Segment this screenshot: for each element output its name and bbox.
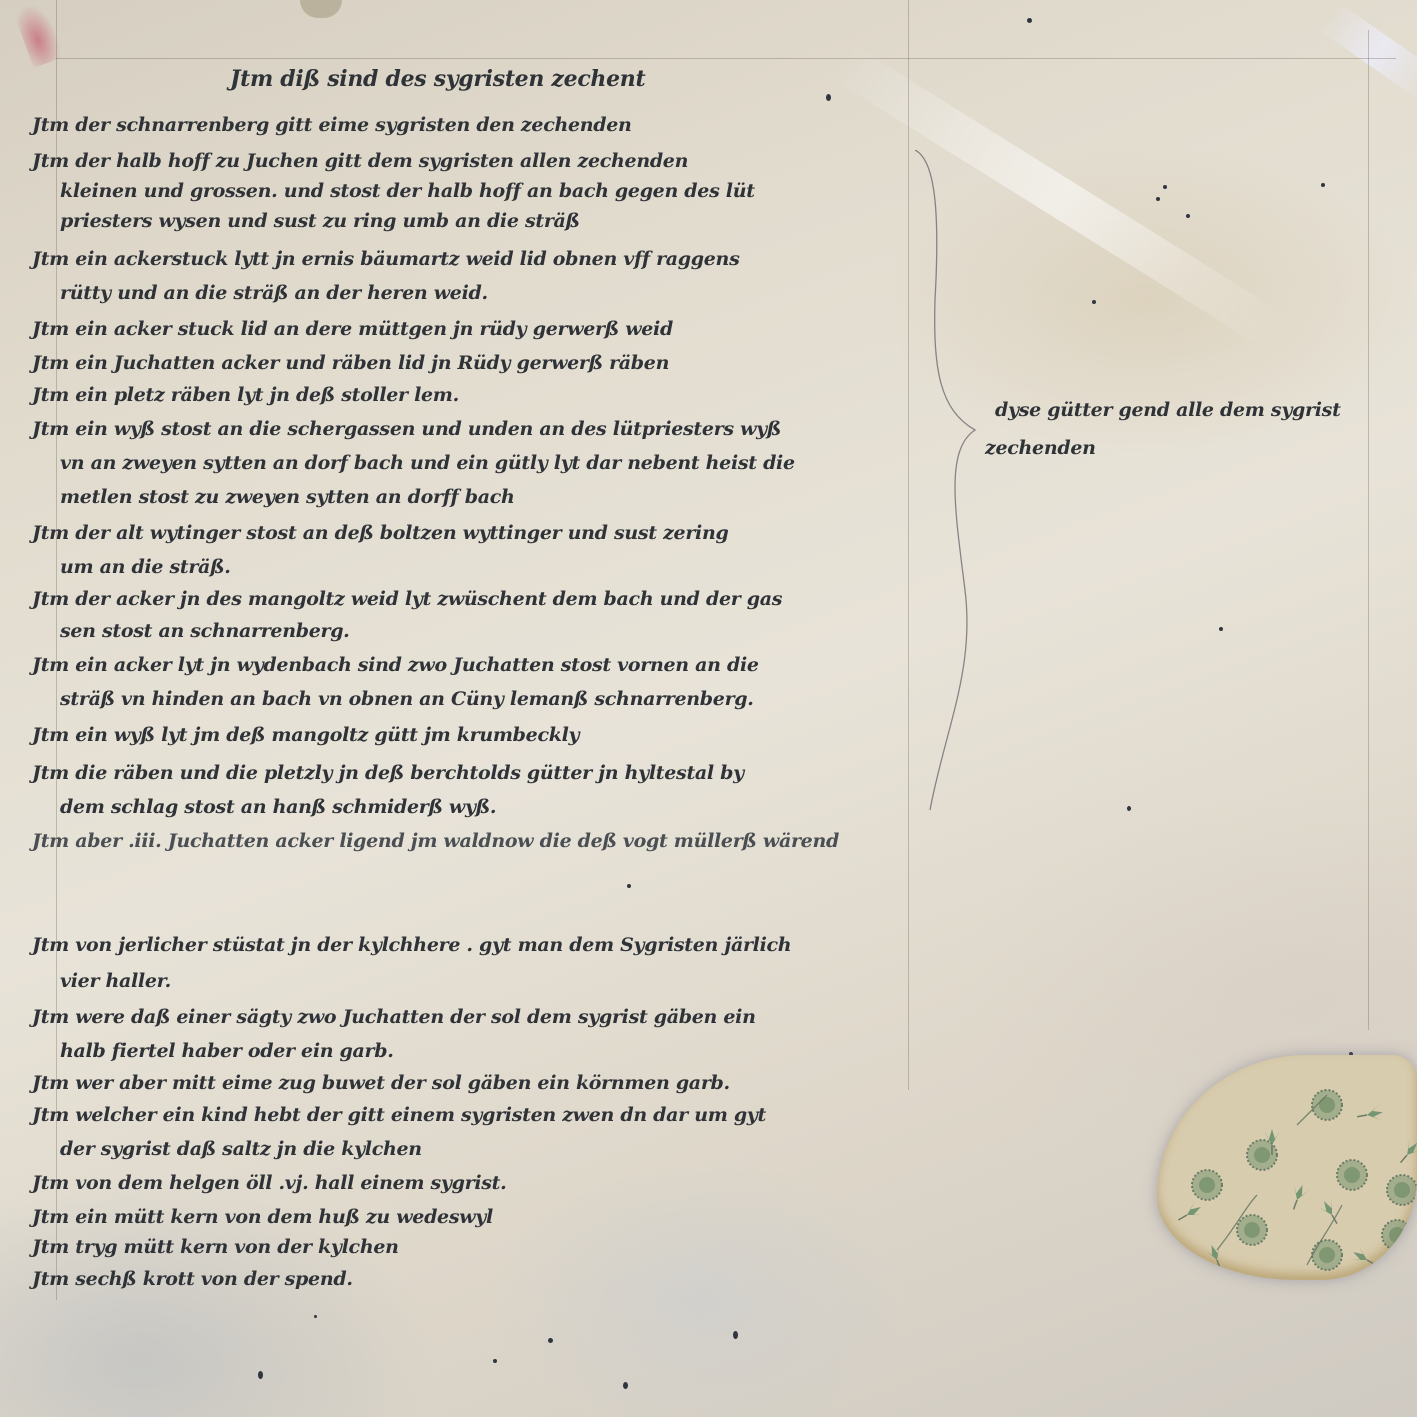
entry-line: Jtm ein acker lyt jn wydenbach sind zwo …	[32, 654, 759, 676]
entry-line: Jtm von dem helgen öll .vj. hall einem s…	[32, 1172, 506, 1194]
entry-line: Jtm ein wyß stost an die schergassen und…	[32, 418, 781, 440]
entry-line: halb fiertel haber oder ein garb.	[60, 1040, 394, 1062]
ink-dot	[1321, 183, 1325, 187]
entry-line: metlen stost zu zweyen sytten an dorff b…	[60, 486, 515, 508]
ink-dot	[258, 1371, 263, 1379]
entry-line: um an die sträß.	[60, 556, 231, 578]
ink-dot	[623, 1382, 628, 1389]
ink-dot	[1156, 197, 1160, 201]
ink-dot	[826, 94, 831, 101]
ink-dot	[627, 884, 631, 888]
entry-line: Jtm ein mütt kern von dem huß zu wedeswy…	[32, 1206, 493, 1228]
entry-line: Jtm ein pletz räben lyt jn deß stoller l…	[32, 384, 459, 406]
margin-note-line: dyse gütter gend alle dem sygrist	[995, 399, 1341, 421]
entry-line: Jtm von jerlicher stüstat jn der kylchhe…	[32, 934, 791, 956]
ruling-line-top	[56, 58, 1396, 59]
entry-line: kleinen und grossen. und stost der halb …	[60, 180, 755, 202]
entry-line: sträß vn hinden an bach vn obnen an Cüny…	[60, 688, 754, 710]
entry-line: Jtm der halb hoff zu Juchen gitt dem syg…	[32, 150, 688, 172]
entry-line: Jtm aber .iii. Juchatten acker ligend jm…	[32, 830, 839, 852]
ink-dot	[1092, 300, 1096, 304]
entry-line: Jtm ein ackerstuck lytt jn ernis bäumart…	[32, 248, 739, 270]
entry-line: Jtm ein Juchatten acker und räben lid jn…	[32, 352, 669, 374]
entry-line: Jtm were daß einer sägty zwo Juchatten d…	[32, 1006, 756, 1028]
ink-dot	[314, 1315, 317, 1318]
entry-line: Jtm ein wyß lyt jm deß mangoltz gütt jm …	[32, 724, 579, 746]
entry-line: Jtm wer aber mitt eime zug buwet der sol…	[32, 1072, 730, 1094]
heading: Jtm diß sind des sygristen zechent	[230, 66, 645, 92]
ink-dot	[1186, 214, 1190, 218]
entry-line: vn an zweyen sytten an dorf bach und ein…	[60, 452, 795, 474]
ruling-line-right	[908, 0, 909, 1090]
entry-line: Jtm sechß krott von der spend.	[32, 1268, 353, 1290]
entry-line: Jtm der schnarrenberg gitt eime sygriste…	[32, 114, 632, 136]
entry-line: priesters wysen und sust zu ring umb an …	[60, 210, 580, 232]
entry-line: rütty und an die sträß an der heren weid…	[60, 282, 488, 304]
ink-dot	[1163, 185, 1167, 189]
entry-line: dem schlag stost an hanß schmiderß wyß.	[60, 796, 496, 818]
ink-dot	[1219, 627, 1223, 631]
ink-dot	[1127, 806, 1131, 811]
ruling-line-far-right	[1368, 30, 1369, 1030]
entry-line: Jtm tryg mütt kern von der kylchen	[32, 1236, 399, 1258]
entry-line: Jtm der acker jn des mangoltz weid lyt z…	[32, 588, 782, 610]
entry-line: Jtm der alt wytinger stost an deß boltze…	[32, 522, 728, 544]
entry-line: Jtm die räben und die pletzly jn deß ber…	[32, 762, 744, 784]
margin-note-line: zechenden	[985, 437, 1096, 459]
ink-dot	[733, 1331, 738, 1339]
entry-line: der sygrist daß saltz jn die kylchen	[60, 1138, 422, 1160]
entry-line: sen stost an schnarrenberg.	[60, 620, 350, 642]
entry-line: Jtm ein acker stuck lid an dere müttgen …	[32, 318, 673, 340]
entry-line: Jtm welcher ein kind hebt der gitt einem…	[32, 1104, 766, 1126]
entry-line: vier haller.	[60, 970, 171, 992]
ink-dot	[1027, 18, 1032, 23]
ink-dot	[548, 1338, 553, 1343]
ink-dot	[493, 1359, 497, 1363]
